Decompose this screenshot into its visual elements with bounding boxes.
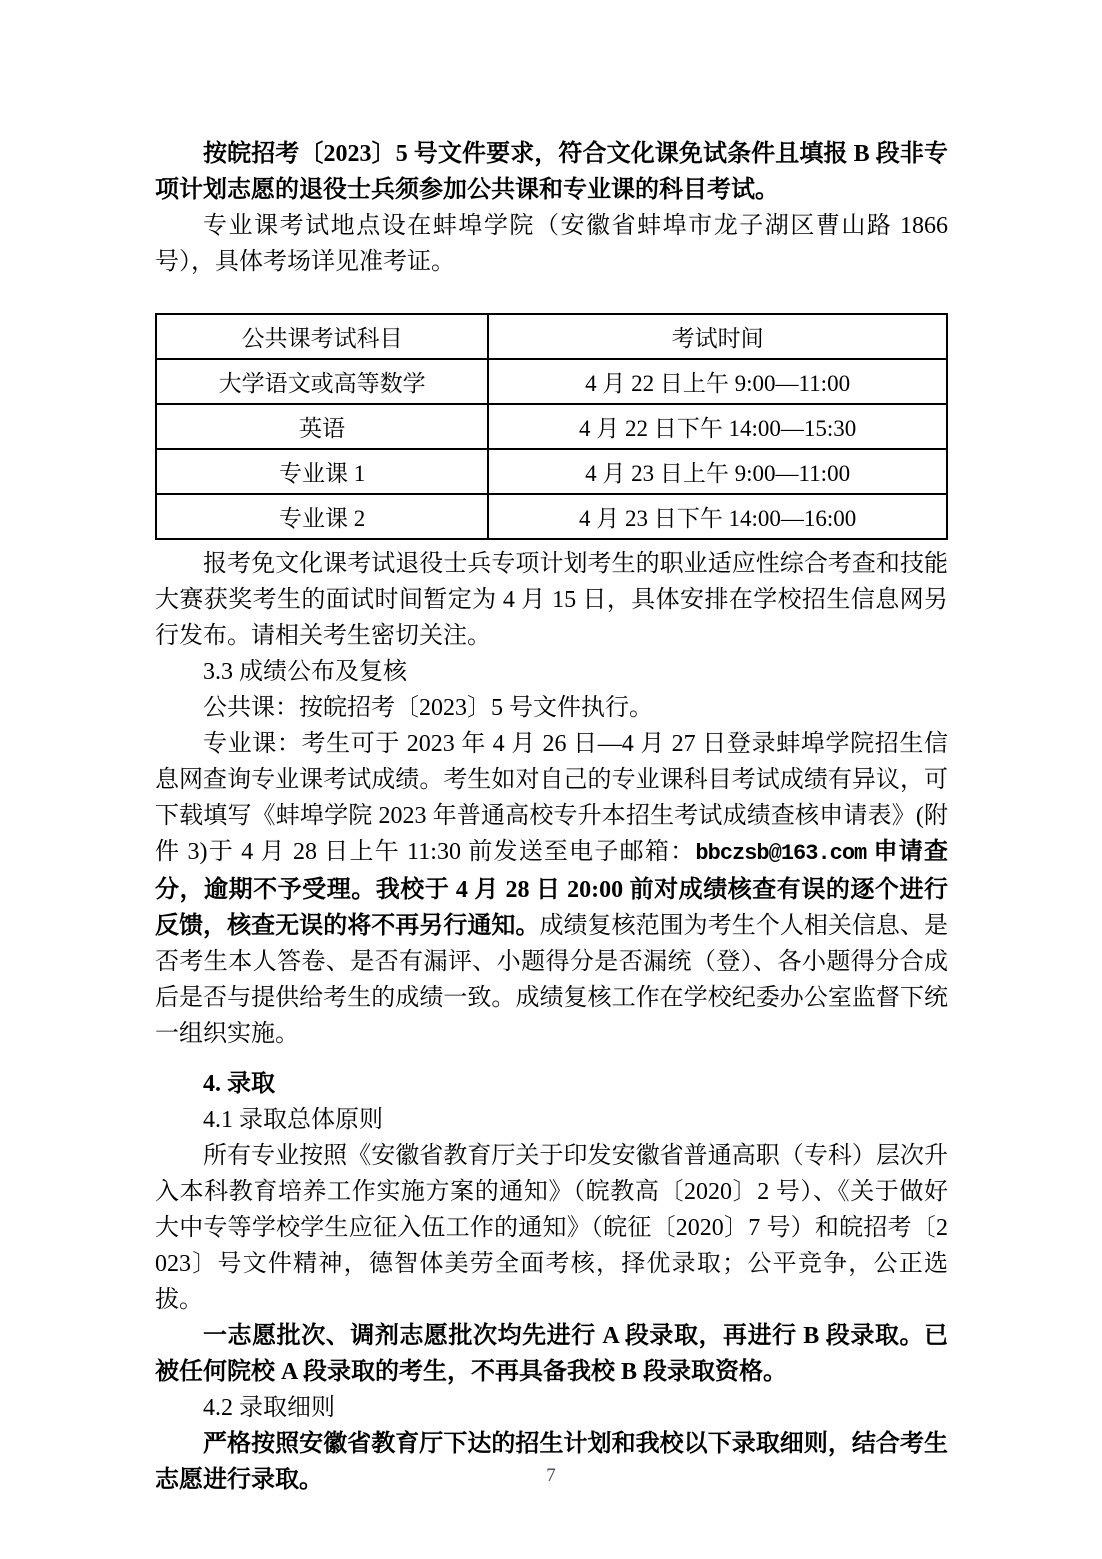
document-page: 按皖招考〔2023〕5 号文件要求，符合文化课免试条件且填报 B 段非专项计划志…	[0, 0, 1102, 1559]
para-score-review: 专业课：考生可于 2023 年 4 月 26 日—4 月 27 日登录蚌埠学院招…	[155, 726, 948, 1052]
table-row: 英语4 月 22 日下午 14:00—15:30	[156, 404, 947, 449]
table-body: 大学语文或高等数学4 月 22 日上午 9:00—11:00英语4 月 22 日…	[156, 359, 947, 539]
text-segment: 一志愿批次、调剂志愿批次均先进行 A 段录取，再进行 B 段录取。已被任何院校 …	[155, 1323, 948, 1385]
text-segment: 所有专业按照《安徽省教育厅关于印发安徽省普通高职（专科）层次升入本科教育培养工作…	[155, 1143, 948, 1313]
table-header-row: 公共课考试科目考试时间	[156, 314, 947, 359]
email-address: bbczsb@163.com	[695, 841, 866, 866]
table-cell: 4 月 22 日下午 14:00—15:30	[488, 404, 947, 449]
table-cell: 4 月 22 日上午 9:00—11:00	[488, 359, 947, 404]
table-row: 专业课 24 月 23 日下午 14:00—16:00	[156, 494, 947, 539]
table-row: 专业课 14 月 23 日上午 9:00—11:00	[156, 449, 947, 494]
heading-4-admission: 4. 录取	[155, 1066, 948, 1102]
table-cell: 专业课 1	[156, 449, 488, 494]
table-header-cell: 考试时间	[488, 314, 947, 359]
table-header-cell: 公共课考试科目	[156, 314, 488, 359]
table-row: 大学语文或高等数学4 月 22 日上午 9:00—11:00	[156, 359, 947, 404]
para-batch-order: 一志愿批次、调剂志愿批次均先进行 A 段录取，再进行 B 段录取。已被任何院校 …	[155, 1318, 948, 1390]
text-segment: 按皖招考〔2023〕5 号文件要求，符合文化课免试条件且填报 B 段非专项计划志…	[155, 141, 948, 203]
after-table-paragraphs: 报考免文化课考试退役士兵专项计划考生的职业适应性综合考查和技能大赛获奖考生的面试…	[155, 546, 948, 1498]
table-cell: 英语	[156, 404, 488, 449]
text-segment: 4. 录取	[203, 1071, 275, 1097]
para-exam-location: 专业课考试地点设在蚌埠学院（安徽省蚌埠市龙子湖区曹山路 1866 号），具体考场…	[155, 208, 948, 280]
para-admission-detail: 严格按照安徽省教育厅下达的招生计划和我校以下录取细则，结合考生志愿进行录取。	[155, 1426, 948, 1498]
table-cell: 大学语文或高等数学	[156, 359, 488, 404]
para-admission-principle: 所有专业按照《安徽省教育厅关于印发安徽省普通高职（专科）层次升入本科教育培养工作…	[155, 1138, 948, 1318]
para-interview-time: 报考免文化课考试退役士兵专项计划考生的职业适应性综合考查和技能大赛获奖考生的面试…	[155, 546, 948, 654]
page-footer: 7	[0, 1465, 1102, 1487]
para-exam-requirement: 按皖招考〔2023〕5 号文件要求，符合文化课免试条件且填报 B 段非专项计划志…	[155, 136, 948, 208]
para-4-2-heading: 4.2 录取细则	[155, 1390, 948, 1426]
text-segment: 3.3 成绩公布及复核	[203, 659, 407, 685]
table-cell: 4 月 23 日下午 14:00—16:00	[488, 494, 947, 539]
para-3-3-heading: 3.3 成绩公布及复核	[155, 654, 948, 690]
text-segment: 专业课考试地点设在蚌埠学院（安徽省蚌埠市龙子湖区曹山路 1866 号），具体考场…	[155, 213, 948, 275]
para-4-1-heading: 4.1 录取总体原则	[155, 1102, 948, 1138]
text-segment: 公共课：按皖招考〔2023〕5 号文件执行。	[203, 695, 653, 721]
text-segment: 4.2 录取细则	[203, 1395, 335, 1421]
before-table-paragraphs: 按皖招考〔2023〕5 号文件要求，符合文化课免试条件且填报 B 段非专项计划志…	[155, 136, 948, 280]
page-number: 7	[546, 1465, 556, 1486]
text-segment: 4.1 录取总体原则	[203, 1107, 383, 1133]
para-public-course: 公共课：按皖招考〔2023〕5 号文件执行。	[155, 690, 948, 726]
table-cell: 4 月 23 日上午 9:00—11:00	[488, 449, 947, 494]
text-segment: 报考免文化课考试退役士兵专项计划考生的职业适应性综合考查和技能大赛获奖考生的面试…	[155, 551, 948, 649]
table-cell: 专业课 2	[156, 494, 488, 539]
exam-schedule-table: 公共课考试科目考试时间 大学语文或高等数学4 月 22 日上午 9:00—11:…	[155, 313, 948, 540]
